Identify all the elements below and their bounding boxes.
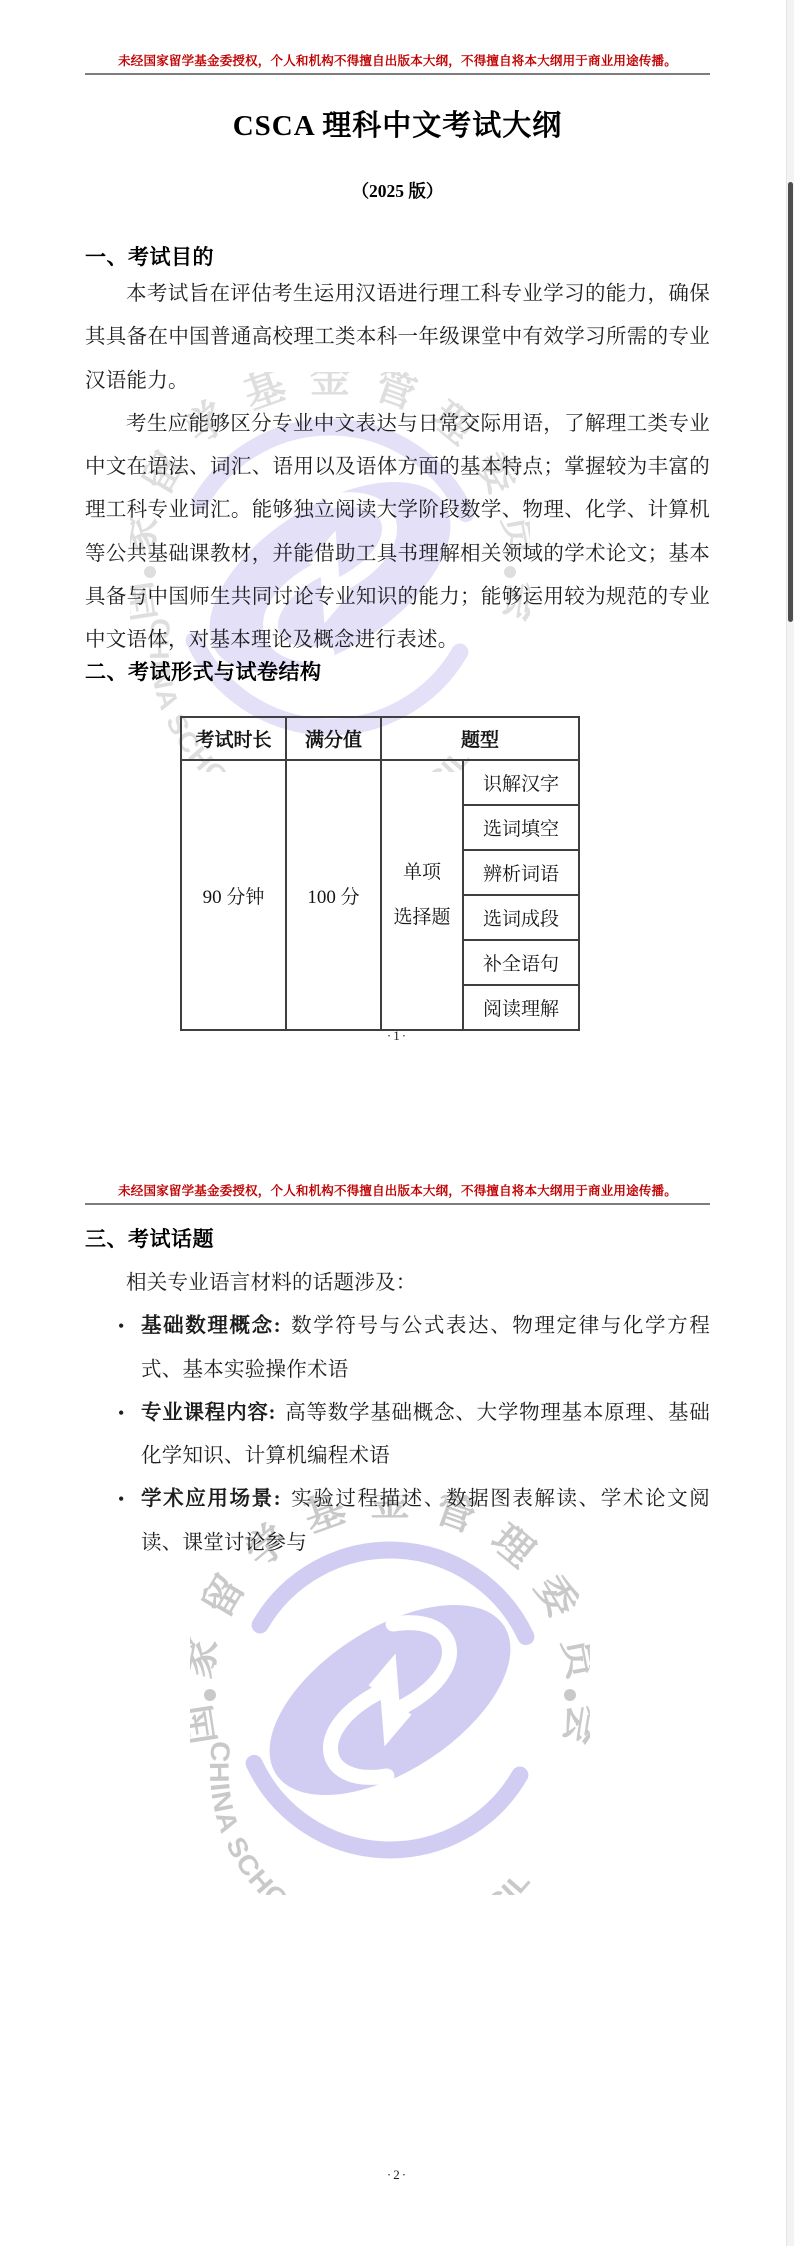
table-header-row: 考试时长 满分值 题型 [181, 717, 579, 760]
section-heading-exam-purpose: 一、考试目的 [85, 243, 710, 273]
bullet-label: 学术应用场景: [141, 1488, 281, 1510]
scrollbar-thumb[interactable] [788, 182, 793, 622]
table-header-question-types: 题型 [381, 717, 579, 760]
list-item: •学术应用场景:实验过程描述、数据图表解读、学术论文阅读、课堂讨论参与 [85, 1478, 710, 1565]
table-row: 90 分钟 100 分 单项 选择题 识解汉字 [181, 760, 579, 805]
exam-structure-table: 考试时长 满分值 题型 90 分钟 100 分 单项 选择题 识解汉字 选词填空… [180, 716, 580, 1031]
section-heading-exam-format: 二、考试形式与试卷结构 [85, 658, 710, 688]
question-format-line2: 选择题 [382, 895, 462, 940]
question-format-line1: 单项 [382, 850, 462, 895]
bullet-icon: • [118, 1478, 125, 1521]
copyright-notice: 未经国家留学基金委授权，个人和机构不得擅自出版本大纲，不得擅自将本大纲用于商业用… [85, 1181, 710, 1199]
document-edition: （2025 版） [85, 178, 710, 203]
table-cell-question-type: 补全语句 [463, 940, 579, 985]
table-cell-question-type: 选词填空 [463, 805, 579, 850]
copyright-notice: 未经国家留学基金委授权，个人和机构不得擅自出版本大纲，不得擅自将本大纲用于商业用… [85, 51, 710, 69]
bullet-icon: • [118, 1305, 125, 1348]
bullet-label: 基础数理概念: [141, 1315, 281, 1337]
table-cell-question-type: 识解汉字 [463, 760, 579, 805]
table-cell-question-format: 单项 选择题 [381, 760, 463, 1030]
paragraph: 考生应能够区分专业中文表达与日常交际用语，了解理工类专业中文在语法、词汇、语用以… [85, 403, 710, 663]
table-cell-score: 100 分 [286, 760, 381, 1030]
table-cell-question-type: 阅读理解 [463, 985, 579, 1030]
page-number-2: ·2· [85, 2167, 710, 2183]
table-cell-duration: 90 分钟 [181, 760, 286, 1030]
table-header-score: 满分值 [286, 717, 381, 760]
table-cell-question-type: 辨析词语 [463, 850, 579, 895]
document-viewer: { "notice": { "text": "未经国家留学基金委授权，个人和机构… [0, 0, 794, 2246]
bullet-icon: • [118, 1392, 125, 1435]
list-item: •基础数理概念:数学符号与公式表达、物理定律与化学方程式、基本实验操作术语 [85, 1305, 710, 1392]
page-number-1: ·1· [85, 1028, 710, 1044]
bullet-label: 专业课程内容: [141, 1402, 276, 1424]
list-item: •专业课程内容:高等数学基础概念、大学物理基本原理、基础化学知识、计算机编程术语 [85, 1392, 710, 1479]
notice-divider [85, 73, 710, 75]
scrollbar-track[interactable] [786, 0, 794, 2246]
paragraph: 本考试旨在评估考生运用汉语进行理工科专业学习的能力，确保其具备在中国普通高校理工… [85, 273, 710, 403]
topics-intro: 相关专业语言材料的话题涉及： [85, 1262, 710, 1305]
document-title: CSCA 理科中文考试大纲 [85, 103, 710, 144]
document-page-1: 国家留学基金管理委员会 CHINA SCHOLARSHIP COUNCIL 未经… [0, 0, 794, 1123]
section-heading-exam-topics: 三、考试话题 [85, 1225, 710, 1255]
table-header-duration: 考试时长 [181, 717, 286, 760]
notice-divider [85, 1203, 710, 1205]
document-page-2: 未经国家留学基金委授权，个人和机构不得擅自出版本大纲，不得擅自将本大纲用于商业用… [0, 1123, 794, 2246]
exam-topics-text: 相关专业语言材料的话题涉及： •基础数理概念:数学符号与公式表达、物理定律与化学… [85, 1262, 710, 1565]
table-cell-question-type: 选词成段 [463, 895, 579, 940]
exam-purpose-text: 本考试旨在评估考生运用汉语进行理工科专业学习的能力，确保其具备在中国普通高校理工… [85, 273, 710, 663]
